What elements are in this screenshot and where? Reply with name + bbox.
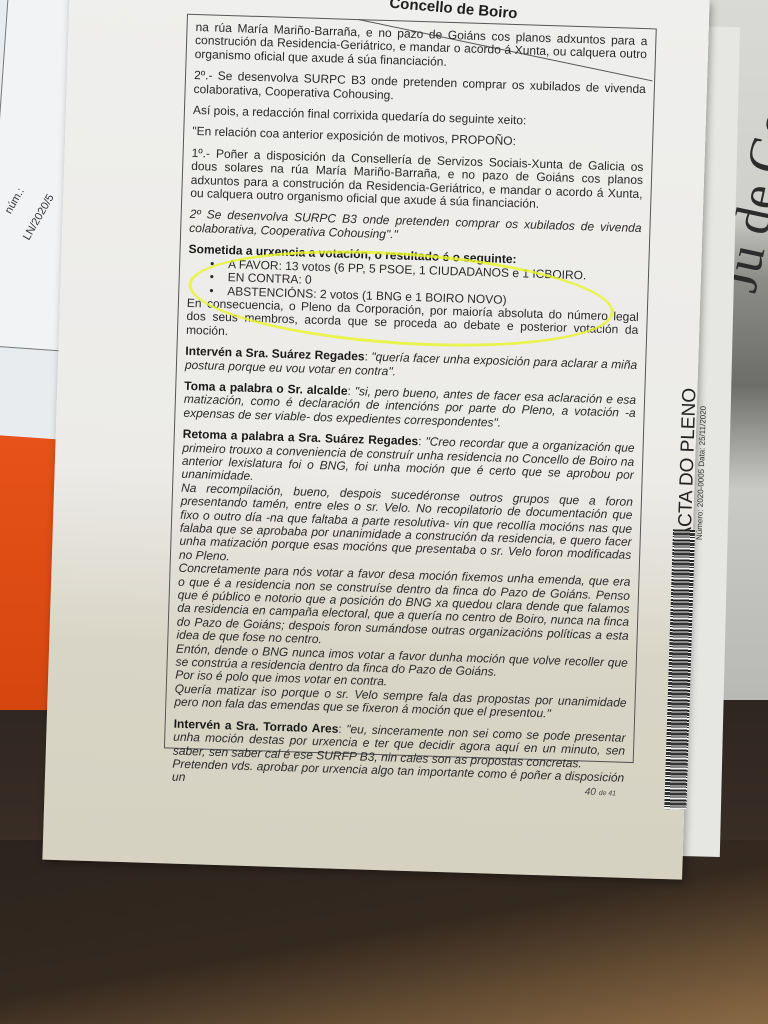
document-page: Concello de Boiro na rúa María Mariño-Ba… — [42, 0, 709, 880]
intervention: Toma a palabra o Sr. alcalde: "si, pero … — [183, 380, 636, 434]
intervention-cont: Na recompilación, bueno, despois sucedér… — [179, 482, 633, 577]
paragraph: na rúa María Mariño-Barraña, e no pazo d… — [195, 21, 648, 75]
minutes-body: na rúa María Mariño-Barraña, e no pazo d… — [164, 14, 657, 763]
barcode — [664, 529, 695, 810]
paragraph: 2º.- Se desenvolva SURPC B3 onde pretend… — [193, 69, 646, 110]
page-header: Concello de Boiro — [389, 0, 518, 22]
intervention-cont: Concretamente para nós votar a favor des… — [176, 562, 630, 657]
page-number: 40 de 41 — [585, 787, 617, 799]
intervention: Intervén a Sra. Suárez Regades: "quería … — [185, 345, 638, 386]
paragraph: 1º.- Poñer a disposición da Consellería … — [190, 147, 643, 215]
paragraph: 2º Se desenvolva SURPC B3 onde pretenden… — [189, 208, 642, 249]
